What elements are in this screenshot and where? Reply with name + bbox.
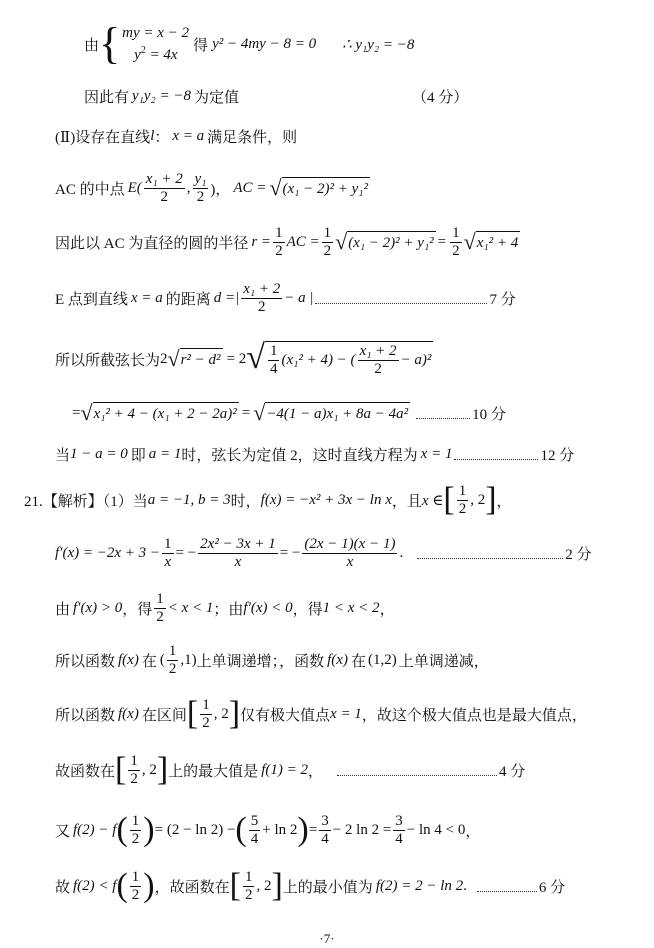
text: 满足条件，则	[207, 126, 297, 147]
square-root: √x₁² + 4 − (x₁ + 2 − 2a)²	[80, 402, 238, 424]
math: AC =	[233, 180, 266, 197]
square-root: √−4(1 − a)x₁ + 8a − 4a²	[253, 402, 410, 424]
math: x ∈	[422, 491, 444, 510]
math: f′(x) > 0	[73, 600, 122, 617]
fraction: 12	[154, 591, 166, 625]
text: )，	[210, 178, 230, 199]
math: y₁y₂ = −8	[132, 88, 191, 105]
question-21-line: 21.【解析】（1）当 a = −1, b = 3 时， f(x) = −x² …	[24, 478, 512, 522]
text: 为定值	[194, 86, 239, 107]
question-label: 21.【解析】（1）当	[24, 490, 148, 511]
fraction: 12	[130, 813, 142, 847]
comparison-line: 又 f(2) − f ( 12 ) = (2 − ln 2) − ( 54 + …	[55, 808, 480, 852]
score-label: 12 分	[540, 444, 574, 465]
monotonicity-condition-line: 由 f′(x) > 0 ，得 12 < x < 1 ；由 f′(x) < 0 ，…	[55, 588, 395, 628]
fraction: 12	[200, 697, 212, 731]
square-root: √ 14 (x₁² + 4) − ( x₁ + 22 − a)²	[246, 341, 433, 377]
fraction: (2x − 1)(x − 1)x	[302, 536, 397, 570]
min-value-line: 故 f(2) < f ( 12 ) ，故函数在 [ 12 , 2 ] 上的最小值…	[55, 864, 565, 908]
fraction: x₁ + 22	[144, 171, 185, 205]
max-value-line: 故函数在 [ 12 , 2 ] 上的最大值是 f(1) = 2 ， 4 分	[55, 748, 525, 792]
math: x = 1	[330, 706, 362, 723]
fraction: 12	[450, 225, 462, 259]
page-number: ·7·	[0, 931, 654, 947]
midpoint-line: AC 的中点 E( x₁ + 22 , y₁2 )， AC = √(x₁ − 2…	[55, 166, 370, 210]
score-label: 4 分	[499, 760, 525, 781]
text: 的距离	[166, 288, 211, 309]
score-label: 6 分	[539, 876, 565, 897]
fraction: 2x² − 3x + 1x	[198, 536, 278, 570]
math: x = 1	[421, 446, 453, 463]
text: 因此以 AC 为直径的圆的半径	[55, 232, 248, 253]
chord-length-line: 所以所截弦长为 2 √r² − d² = 2 √ 14 (x₁² + 4) − …	[55, 334, 433, 384]
text: ：	[154, 126, 169, 147]
math: f(x)	[118, 706, 139, 723]
max-point-line: 所以函数 f(x) 在区间 [ 12 , 2 ] 仅有极大值点 x = 1 ，故…	[55, 692, 587, 736]
conclusion-line: 当 1 − a = 0 即 a = 1 时，弦长为定值 2，这时直线方程为 x …	[55, 444, 574, 465]
fraction: 34	[393, 813, 405, 847]
monotonic-intervals-line: 所以函数 f(x) 在 ( 12 ,1) 上单调递增；，函数 f(x) 在 (1…	[55, 640, 489, 680]
math: f′(x) = −2x + 3 −	[55, 545, 160, 562]
math: f(1) = 2	[261, 762, 308, 779]
leader-dots	[477, 881, 537, 892]
score-label: 7 分	[489, 288, 515, 309]
leader-dots	[417, 548, 563, 559]
square-root: √r² − d²	[168, 348, 223, 370]
math: 2	[160, 351, 168, 368]
product-result: ∴ y₁y₂ = −8	[342, 35, 414, 54]
square-root: √x₁² + 4	[464, 231, 521, 253]
math: E(	[128, 180, 142, 197]
text: 时，弦长为定值 2，这时直线方程为	[181, 444, 417, 465]
fraction: 34	[319, 813, 331, 847]
score-label: 10 分	[472, 403, 506, 424]
math: d =|	[214, 290, 240, 307]
math: f′(x) < 0	[243, 600, 292, 617]
text: 由	[84, 34, 99, 55]
leader-dots	[315, 293, 487, 304]
math: =	[438, 234, 446, 251]
math: AC =	[287, 234, 320, 251]
left-brace: {	[99, 22, 120, 66]
leader-dots	[454, 449, 538, 460]
fraction: x₁ + 22	[241, 281, 282, 315]
math: f(2) < f	[73, 878, 116, 895]
math: = 2	[227, 351, 247, 368]
score-label: （4 分）	[412, 86, 468, 107]
text: E 点到直线	[55, 288, 128, 309]
fraction: 12	[243, 869, 255, 903]
math: f(x)	[327, 652, 348, 669]
math: =	[242, 405, 250, 422]
chord-simplified-line: = √x₁² + 4 − (x₁ + 2 − 2a)² = √−4(1 − a)…	[72, 398, 506, 428]
math: f(x)	[118, 652, 139, 669]
text: 当	[55, 444, 70, 465]
equation-system: my = x − 2 y2 = 4x	[122, 23, 189, 66]
math: f(2) − f	[73, 822, 116, 839]
fraction: 12	[128, 753, 140, 787]
text: 得	[193, 34, 208, 55]
fraction: 14	[268, 343, 280, 377]
derivative-line: f′(x) = −2x + 3 − 1x = − 2x² − 3x + 1x =…	[55, 530, 591, 576]
math: a = 1	[149, 446, 182, 463]
fraction: 12	[130, 869, 142, 903]
text: 因此有	[84, 86, 129, 107]
math: 1 < x < 2	[323, 600, 380, 617]
math: f(2) = 2 − ln 2	[376, 878, 463, 895]
math: − a |	[284, 290, 313, 307]
radius-line: 因此以 AC 为直径的圆的半径 r = 12 AC = 12 √(x₁ − 2)…	[55, 220, 520, 264]
fraction: 12	[457, 483, 469, 517]
math: =	[72, 405, 80, 422]
square-root: √(x₁ − 2)² + y₁²	[269, 177, 370, 199]
fraction: 12	[322, 225, 334, 259]
leader-dots	[416, 408, 470, 419]
text: AC 的中点	[55, 178, 125, 199]
fraction: x₁ + 22	[358, 343, 399, 377]
system-eq-2: y2 = 4x	[122, 44, 189, 66]
system-equation-line: 由 { my = x − 2 y2 = 4x 得 y² − 4my − 8 = …	[84, 16, 414, 72]
text: 所以所截弦长为	[55, 349, 160, 370]
distance-line: E 点到直线 x = a 的距离 d =| x₁ + 22 − a | 7 分	[55, 276, 516, 320]
math: 1 − a = 0	[70, 446, 128, 463]
math: x = a	[172, 128, 204, 145]
system-eq-1: my = x − 2	[122, 23, 189, 44]
constant-statement-line: 因此有 y₁y₂ = −8 为定值 （4 分）	[84, 86, 239, 107]
math: x = a	[131, 290, 163, 307]
fraction: 12	[273, 225, 285, 259]
text: (Ⅱ)设存在直线	[55, 126, 150, 147]
fraction: 12	[167, 643, 179, 677]
leader-dots	[337, 765, 497, 776]
part-ii-intro-line: (Ⅱ)设存在直线 l ： x = a 满足条件，则	[55, 126, 297, 147]
text: 即	[131, 444, 146, 465]
math: < x < 1	[168, 600, 214, 617]
fraction: y₁2	[193, 171, 209, 205]
text: 时，	[231, 490, 261, 511]
text: ，且	[392, 490, 422, 511]
score-label: 2 分	[565, 543, 591, 564]
math: a = −1, b = 3	[148, 492, 231, 509]
quadratic-equation: y² − 4my − 8 = 0	[212, 36, 316, 53]
fraction: 54	[249, 813, 261, 847]
function-definition: f(x) = −x² + 3x − ln x	[261, 492, 392, 509]
fraction: 1x	[162, 536, 174, 570]
math: r =	[251, 234, 271, 251]
square-root: √(x₁ − 2)² + y₁²	[335, 231, 436, 253]
